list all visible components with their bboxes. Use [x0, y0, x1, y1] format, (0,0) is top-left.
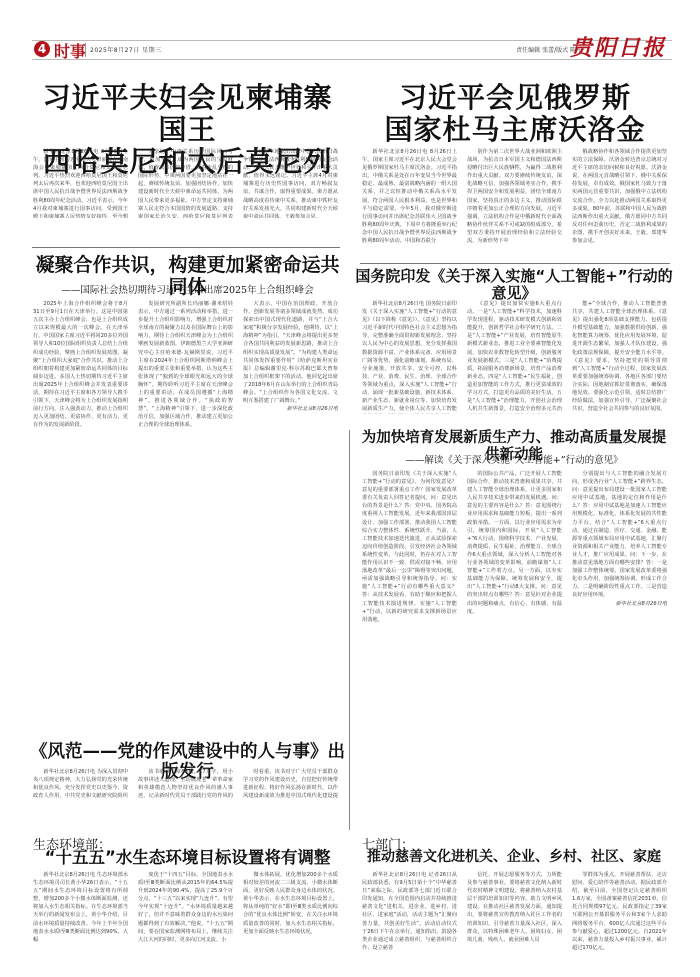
column: 分亲切。中柬关系历经国际风云考验，愈加坚韧，成为两国人民的宝贵财富，值得双方倍加…: [138, 148, 233, 218]
column: 的国际公共产品，广泛开展人工智能国际合作，推动技术普惠和成果共享，共建人工智能全…: [467, 470, 562, 828]
column: 大表示，中国在治国理政、开放合作、创新发展等诸多领域成就斐然，成功探索出中国式现…: [243, 300, 338, 726]
newspaper-logo: 贵阳日报: [570, 31, 666, 62]
paragraph: 发展研究所副所长玛丽娜·谢米绍娃表示，中方通过一系列活动和举措，进一步提升上合组…: [138, 300, 233, 430]
column: 度优于“十四五”目标。全国地表水水质Ⅰ至Ⅲ类断面比例从2015年的64.5%提升…: [138, 871, 233, 957]
paragraph: 新华社北京8月26日电 生态环境部水生态环境司司长黄小华26日表示，“十五五”期…: [33, 871, 128, 944]
article-russia-headline[interactable]: 习近平会见俄罗斯 国家杜马主席沃洛金: [360, 82, 670, 146]
paragraph: 新华社北京8月26日电 8月26日上午，国家主席习近平和夫人彭丽媛在中南海会见柬…: [33, 148, 128, 218]
column-divider: [349, 430, 350, 830]
page-number-badge: 4: [34, 41, 50, 57]
column: 时看重。该书对于广大党员干部群众学习党的作风建设历史，自觉把好传统带进新征程、将…: [243, 768, 338, 800]
paragraph: 新华社北京8月26日电 记者26日从民政部获悉，在9月5日第十个“中华慈善日”来…: [362, 871, 457, 952]
section-divider: [360, 263, 670, 264]
paragraph: 微水体拓展，优化增加200多个水质相对较差的河流二三级支流、小微水体断面，更好反…: [243, 871, 338, 936]
headline-line: 习近平会见俄罗斯: [360, 82, 670, 114]
paragraph: 再次荣幸地派出出席中国人民抗日战争暨世界反法西斯战争胜利80周年纪念活动。中国人…: [243, 148, 338, 218]
paragraph: 时看重。该书对于广大党员干部群众学习党的作风建设历史，自觉把好传统带进新征程、将…: [243, 768, 338, 800]
section-divider: [32, 247, 340, 248]
article-charity-body: 新华社北京8月26日电 记者26日从民政部获悉，在9月5日第十个“中华慈善日”来…: [362, 871, 667, 957]
article-ai-interpret-body: 国务院日前印发《关于深入实施“人工智能+”行动的意见》。为何印发意见？意见的重要…: [362, 470, 667, 828]
article-cambodia-body: 新华社北京8月26日电 8月26日上午，国家主席习近平和夫人彭丽媛在中南海会见柬…: [33, 148, 338, 218]
article-water-headline[interactable]: “十五五”水生态环境目标设置将有调整: [30, 849, 345, 868]
article-fengfan-body: 新华社北京8月26日电 为深入贯彻中央八项规定精神，大力弘扬党的光荣传统和优良作…: [33, 768, 338, 800]
headline-line: 国家杜马主席沃洛金: [360, 114, 670, 146]
signoff: 新华社北京8月26日电: [243, 405, 338, 413]
article-russia-body: 新华社北京8月26日电 8月26日上午，国家主席习近平在北京人民大会堂会见俄罗斯…: [362, 148, 667, 245]
paragraph: 度优于“十四五”目标。全国地表水水质Ⅰ至Ⅲ类断面比例从2015年的64.5%提升…: [138, 871, 233, 944]
paragraph: 分别提出与人工智能的融合发展方向，形成各行业“人工智能+”跨界生态。问：意见提出…: [572, 470, 667, 600]
paragraph: 等群体为重点，开展慈善帮扶、走访慰问、爱心陪伴等慈善活动。据民政部介绍，截至目前…: [572, 871, 667, 952]
column: 2025年上海合作组织峰会将于8月31日至9月1日在天津举行。这是中国第五次主办…: [33, 300, 128, 726]
headline-line: 习近平夫妇会见柬埔寨国王: [30, 82, 345, 146]
column: 国务院日前印发《关于深入实施“人工智能+”行动的意见》。为何印发意见？意见的重要…: [362, 470, 457, 828]
article-water-body: 新华社北京8月26日电 生态环境部水生态环境司司长黄小华26日表示，“十五五”期…: [33, 871, 338, 957]
paragraph: 新华社北京8月26日电 8月26日上午，国家主席习近平在北京人民大会堂会见俄罗斯…: [362, 148, 457, 245]
masthead-divider: [85, 43, 86, 57]
column: 分别提出与人工智能的融合发展方向，形成各行业“人工智能+”跨界生态。问：意见提出…: [572, 470, 667, 828]
paragraph: 大表示，中国在治国理政、开放合作、创新发展等诸多领域成就斐然，成功探索出中国式现…: [243, 300, 338, 405]
column: 能+”全球合作，推动人工智能普惠共享，共建人工智能全球治理体系。《意见》提出强化…: [572, 300, 667, 414]
column: 新华社北京8月26日电 为深入贯彻中央八项规定精神，大力弘扬党的光荣传统和优良作…: [33, 768, 128, 800]
column: 俄战略协作和各领域合作提供更加坚实的立法保障。沃洛金转达普京总统对习近平主席的亲…: [572, 148, 667, 245]
paragraph: 分亲切。中柬关系历经国际风云考验，愈加坚韧，成为两国人民的宝贵财富，值得双方倍加…: [138, 148, 233, 218]
column: 发展研究所副所长玛丽娜·谢米绍娃表示，中方通过一系列活动和举措，进一步提升上合组…: [138, 300, 233, 726]
column: 新华社北京8月26日电 生态环境部水生态环境司司长黄小华26日表示，“十五五”期…: [33, 871, 128, 957]
column: 新华社北京8月26日电 8月26日上午，国家主席习近平在北京人民大会堂会见俄罗斯…: [362, 148, 457, 245]
article-sco-body: 2025年上海合作组织峰会将于8月31日至9月1日在天津举行。这是中国第五次主办…: [33, 300, 338, 726]
column: 《意见》提出加快实施6大重点行动。一是“人工智能+”科学技术，加速科学发现进程，…: [467, 300, 562, 414]
column: 新华社北京8月26日电 国务院日前印发《关于深入实施“人工智能+”行动的意见》（…: [362, 300, 457, 414]
column: 等群体为重点，开展慈善帮扶、走访慰问、爱心陪伴等慈善活动。据民政部介绍，截至目前…: [572, 871, 667, 957]
issue-date: 2025年8月27日 星期三: [90, 45, 162, 54]
paragraph: 俄战略协作和各领域合作提供更加坚实的立法保障。沃洛金转达普京总统对习近平主席的亲…: [572, 148, 667, 245]
column: 再次荣幸地派出出席中国人民抗日战争暨世界反法西斯战争胜利80周年纪念活动。中国人…: [243, 148, 338, 218]
column: 别作为第二次世界大战亚洲和欧洲主战场，为抗击日本军国主义和德国法西斯侵略付出巨大…: [467, 148, 562, 245]
paragraph: 该书收录文章83篇，17万字，用小故事讲述大道理，生动展现老一辈革命家和英雄模范…: [138, 768, 233, 800]
column: 微水体拓展，优化增加200多个水质相对较差的河流二三级支流、小微水体断面，更好反…: [243, 871, 338, 957]
article-ai-interpret-subheadline: ——解读《关于深入实施“人工智能+”行动的意见》: [355, 452, 673, 466]
paragraph: 《意见》提出加快实施6大重点行动。一是“人工智能+”科学技术，加速科学发现进程，…: [467, 300, 562, 414]
article-ai-plus-headline[interactable]: 国务院印发《关于深入实施“人工智能+”行动的意见》: [355, 268, 673, 303]
paragraph: 新华社北京8月26日电 国务院日前印发《关于深入实施“人工智能+”行动的意见》（…: [362, 300, 457, 414]
column: 信托、开展志愿服务等方式，力所能及参与慈善事业。要将慈善文化纳入新时代农村精神文…: [467, 871, 562, 957]
paragraph: 国务院日前印发《关于深入实施“人工智能+”行动的意见》。为何印发意见？意见的重要…: [362, 470, 457, 624]
paragraph: 2025年上海合作组织峰会将于8月31日至9月1日在天津举行。这是中国第五次主办…: [33, 300, 128, 430]
paragraph: 新华社北京8月26日电 为深入贯彻中央八项规定精神，大力弘扬党的光荣传统和优良作…: [33, 768, 128, 800]
column: 该书收录文章83篇，17万字，用小故事讲述大道理，生动展现老一辈革命家和英雄模范…: [138, 768, 233, 800]
masthead: 4 时事 2025年8月27日 星期三 责任编辑 张蕾/版式 陈军 贵阳日报: [32, 40, 672, 60]
paragraph: 信托、开展志愿服务等方式，力所能及参与慈善事业。要将慈善文化纳入新时代农村精神文…: [467, 871, 562, 944]
paragraph: 的国际公共产品，广泛开展人工智能国际合作，推动技术普惠和成果共享，共建人工智能全…: [467, 470, 562, 616]
signoff: 新华社北京8月26日电: [572, 600, 667, 608]
paragraph: 别作为第二次世界大战亚洲和欧洲主战场，为抗击日本军国主义和德国法西斯侵略付出巨大…: [467, 148, 562, 245]
article-ai-plus-body: 新华社北京8月26日电 国务院日前印发《关于深入实施“人工智能+”行动的意见》（…: [362, 300, 667, 414]
article-sco-subheadline: ——国际社会热切期待习近平主席出席2025年上合组织峰会: [30, 282, 345, 296]
column: 新华社北京8月26日电 记者26日从民政部获悉，在9月5日第十个“中华慈善日”来…: [362, 871, 457, 957]
section-name: 时事: [54, 39, 86, 62]
article-charity-headline[interactable]: 推动慈善文化进机关、企业、乡村、社区、家庭: [355, 849, 673, 865]
paragraph: 能+”全球合作，推动人工智能普惠共享，共建人工智能全球治理体系。《意见》提出强化…: [572, 300, 667, 413]
column: 新华社北京8月26日电 8月26日上午，国家主席习近平和夫人彭丽媛在中南海会见柬…: [33, 148, 128, 218]
